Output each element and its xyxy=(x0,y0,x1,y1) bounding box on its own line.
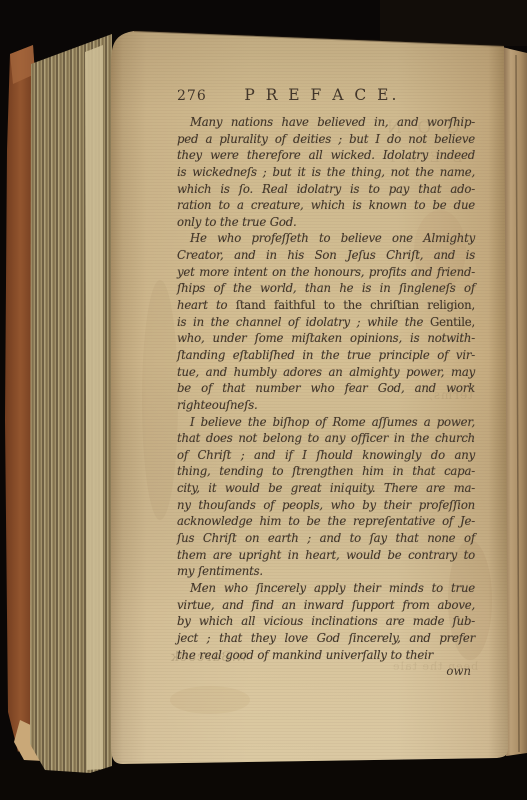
text-segment: Gentile, xyxy=(430,315,475,329)
text-line: acknowledge him to be the repreſentative… xyxy=(177,514,475,531)
text-segment: thing, tending to ſtrengthen him in that… xyxy=(177,464,475,478)
text-segment: them are upright in heart, would be cont… xyxy=(177,548,475,562)
text-segment: is wickedneſs ; but it is the thing, not… xyxy=(177,165,475,179)
text-line: ſtanding eſtabliſhed in the true princip… xyxy=(177,348,475,365)
text-segment: tue, and humbly adores an almighty power… xyxy=(177,365,475,379)
text-line: is wickedneſs ; but it is the thing, not… xyxy=(177,165,475,182)
text-segment: of Chriſt ; and if I ſhould knowingly do… xyxy=(177,448,475,462)
text-line: which is ſo. Real idolatry is to pay tha… xyxy=(177,182,475,199)
text-line: be of that number who fear God, and work xyxy=(177,381,475,398)
text-line: my ſentiments. xyxy=(177,564,475,581)
text-line: they were therefore all wicked. Idolatry… xyxy=(177,148,475,165)
book-scan-photo: C O NB E L Iterms,W.Barcockbeen the tale… xyxy=(0,0,527,800)
text-segment: ration to a creature, which is known to … xyxy=(177,198,475,212)
text-line: tue, and humbly adores an almighty power… xyxy=(177,365,475,382)
page-header: 276 P R E F A C E. xyxy=(177,86,475,112)
page-number: 276 xyxy=(177,88,207,104)
text-line: the real good of mankind univerſally to … xyxy=(177,648,475,665)
running-title: P R E F A C E. xyxy=(207,86,475,104)
text-segment: ſtand faithful to the chriſtian religion… xyxy=(236,298,475,312)
text-segment: be of that number who fear God, and work xyxy=(177,381,475,395)
text-segment: righteouſneſs. xyxy=(177,398,258,412)
text-segment: the real good of mankind univerſally to … xyxy=(177,648,433,662)
text-line: of Chriſt ; and if I ſhould knowingly do… xyxy=(177,448,475,465)
text-line: Men who ſincerely apply their minds to t… xyxy=(177,581,475,598)
protruding-page-edge xyxy=(85,45,103,770)
text-segment: only to the true God. xyxy=(177,215,297,229)
text-line: city, it would be great iniquity. There … xyxy=(177,481,475,498)
text-segment: ped a plurality of deities ; but I do no… xyxy=(177,132,475,146)
text-line: by which all vicious inclinations are ma… xyxy=(177,614,475,631)
text-segment: Many nations have believed in, and worſh… xyxy=(190,115,475,129)
text-segment: ſus Chriſt on earth ; and to ſay that no… xyxy=(177,531,475,545)
text-line: ſus Chriſt on earth ; and to ſay that no… xyxy=(177,531,475,548)
text-line: virtue, and find an inward ſupport from … xyxy=(177,598,475,615)
catchword: own xyxy=(177,664,475,681)
text-line: Many nations have believed in, and worſh… xyxy=(177,115,475,132)
text-segment: He who profeſſeth to believe one Almight… xyxy=(190,231,475,245)
text-line: ny thouſands of peopls, who by their pro… xyxy=(177,498,475,515)
text-segment: ſtanding eſtabliſhed in the true princip… xyxy=(177,348,475,362)
text-line: ject ; that they love God ſincerely, and… xyxy=(177,631,475,648)
text-segment: ſhips of the world, than he is in ſingle… xyxy=(177,281,475,295)
text-line: only to the true God. xyxy=(177,215,475,232)
text-line: I believe the biſhop of Rome aſſumes a p… xyxy=(177,415,475,432)
text-segment: who, under ſome miſtaken opinions, is no… xyxy=(177,331,475,345)
text-line: that does not belong to any officer in t… xyxy=(177,431,475,448)
text-segment: virtue, and find an inward ſupport from … xyxy=(177,598,475,612)
text-line: righteouſneſs. xyxy=(177,398,475,415)
text-segment: Men who ſincerely apply their minds to t… xyxy=(190,581,475,595)
printed-text-block: 276 P R E F A C E. Many nations have bel… xyxy=(177,86,475,681)
text-line: heart to ſtand faithful to the chriſtian… xyxy=(177,298,475,315)
text-line: yet more intent on the honours, profits … xyxy=(177,265,475,282)
text-line: ration to a creature, which is known to … xyxy=(177,198,475,215)
text-line: ped a plurality of deities ; but I do no… xyxy=(177,132,475,149)
text-segment: Creator, and in his Son Jeſus Chriſt, an… xyxy=(177,248,475,262)
text-segment: by which all vicious inclinations are ma… xyxy=(177,614,475,628)
text-segment: they were therefore all wicked. Idolatry… xyxy=(177,148,475,162)
text-segment: city, it would be great iniquity. There … xyxy=(177,481,475,495)
text-line: Creator, and in his Son Jeſus Chriſt, an… xyxy=(177,248,475,265)
text-line: ſhips of the world, than he is in ſingle… xyxy=(177,281,475,298)
text-body: Many nations have believed in, and worſh… xyxy=(177,115,475,664)
text-line: is in the channel of idolatry ; while th… xyxy=(177,315,475,332)
text-segment: ny thouſands of peopls, who by their pro… xyxy=(177,498,475,512)
text-segment: is in the channel of idolatry ; while th… xyxy=(177,315,430,329)
text-segment: acknowledge him to be the repreſentative… xyxy=(177,514,475,528)
text-line: thing, tending to ſtrengthen him in that… xyxy=(177,464,475,481)
text-segment: that does not belong to any officer in t… xyxy=(177,431,475,445)
text-segment: I believe the biſhop of Rome aſſumes a p… xyxy=(190,415,475,429)
text-line: He who profeſſeth to believe one Almight… xyxy=(177,231,475,248)
text-line: who, under ſome miſtaken opinions, is no… xyxy=(177,331,475,348)
text-segment: my ſentiments. xyxy=(177,564,263,578)
text-segment: heart to xyxy=(177,298,236,312)
text-segment: which is ſo. Real idolatry is to pay tha… xyxy=(177,182,475,196)
text-line: them are upright in heart, would be cont… xyxy=(177,548,475,565)
text-segment: ject ; that they love God ſincerely, and… xyxy=(177,631,475,645)
text-segment: yet more intent on the honours, profits … xyxy=(177,265,475,279)
